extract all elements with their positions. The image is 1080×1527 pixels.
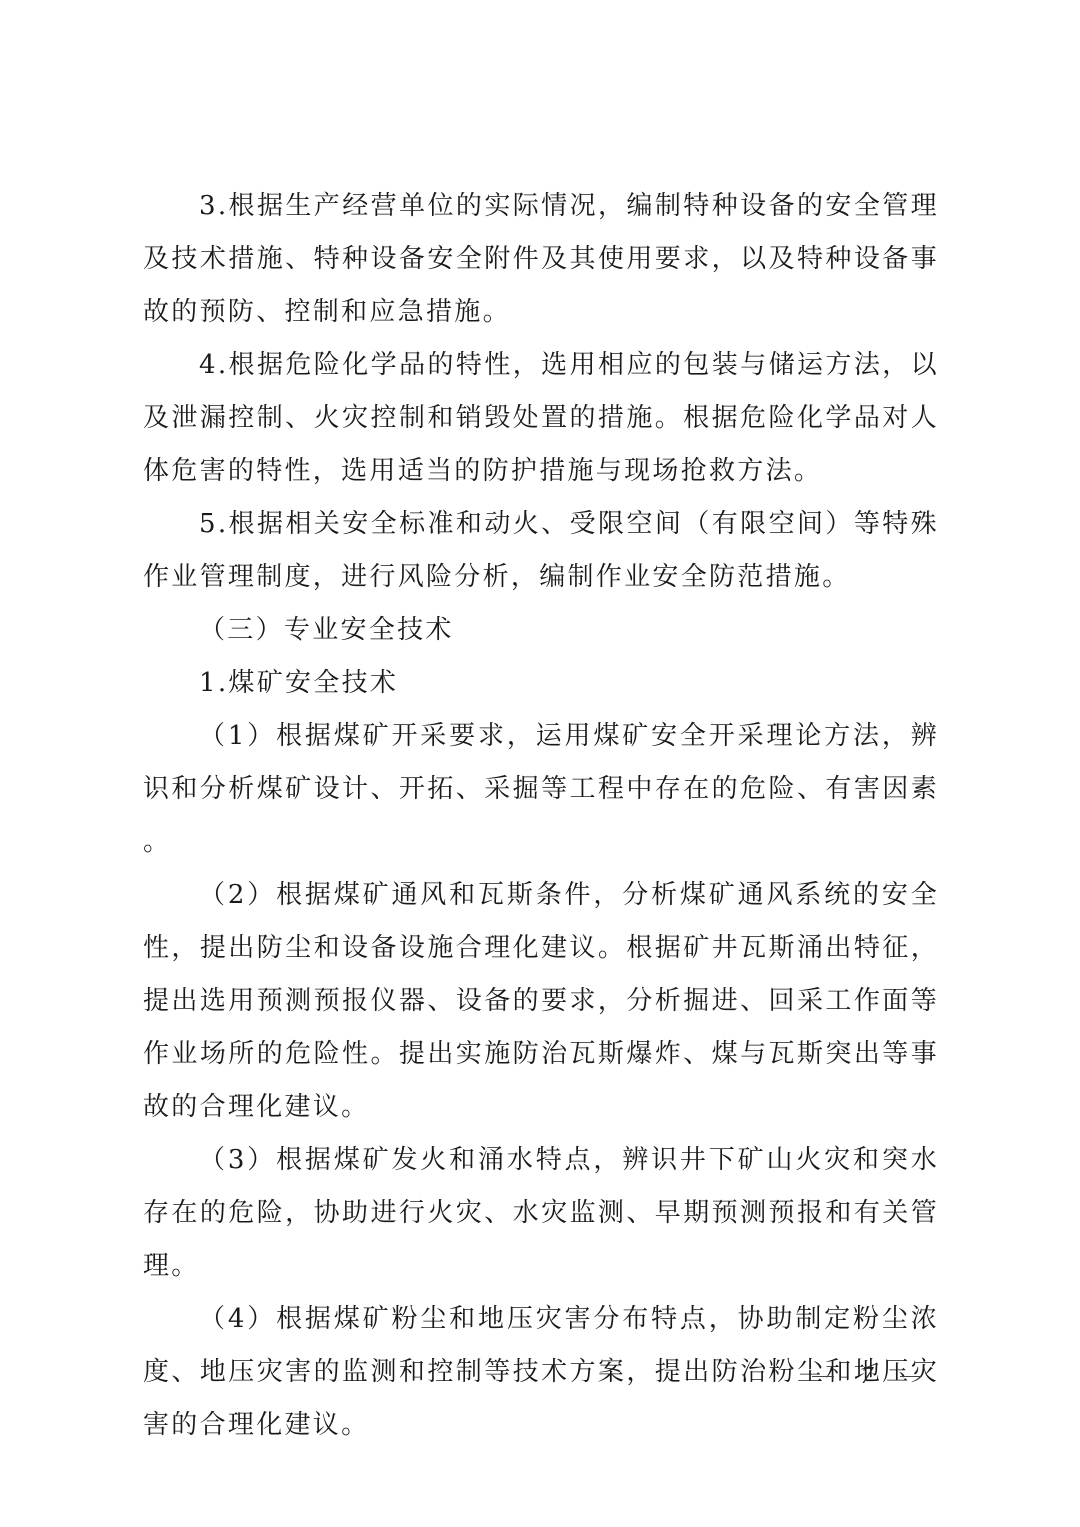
page-number: 7 (861, 1363, 873, 1390)
paragraph-coal-item-2: （2）根据煤矿通风和瓦斯条件，分析煤矿通风系统的安全性，提出防尘和设备设施合理化… (143, 869, 939, 1134)
section-heading-professional-safety-tech: （三）专业安全技术 (143, 604, 939, 657)
paragraph-item-3: 3.根据生产经营单位的实际情况，编制特种设备的安全管理及技术措施、特种设备安全附… (143, 180, 939, 339)
paragraph-item-4: 4.根据危险化学品的特性，选用相应的包装与储运方法，以及泄漏控制、火灾控制和销毁… (143, 339, 939, 498)
dash-right-decoration (900, 1376, 922, 1377)
subsection-heading-coal-mine-safety: 1.煤矿安全技术 (143, 657, 939, 710)
document-page-body: 3.根据生产经营单位的实际情况，编制特种设备的安全管理及技术措施、特种设备安全附… (143, 180, 939, 1452)
page-number-footer: 7 (812, 1363, 922, 1390)
paragraph-coal-item-3: （3）根据煤矿发火和涌水特点，辨识井下矿山火灾和突水存在的危险，协助进行火灾、水… (143, 1134, 939, 1293)
dash-left-decoration (812, 1376, 834, 1377)
paragraph-item-5: 5.根据相关安全标准和动火、受限空间（有限空间）等特殊作业管理制度，进行风险分析… (143, 498, 939, 604)
paragraph-coal-item-1: （1）根据煤矿开采要求，运用煤矿安全开采理论方法，辨识和分析煤矿设计、开拓、采掘… (143, 710, 939, 869)
